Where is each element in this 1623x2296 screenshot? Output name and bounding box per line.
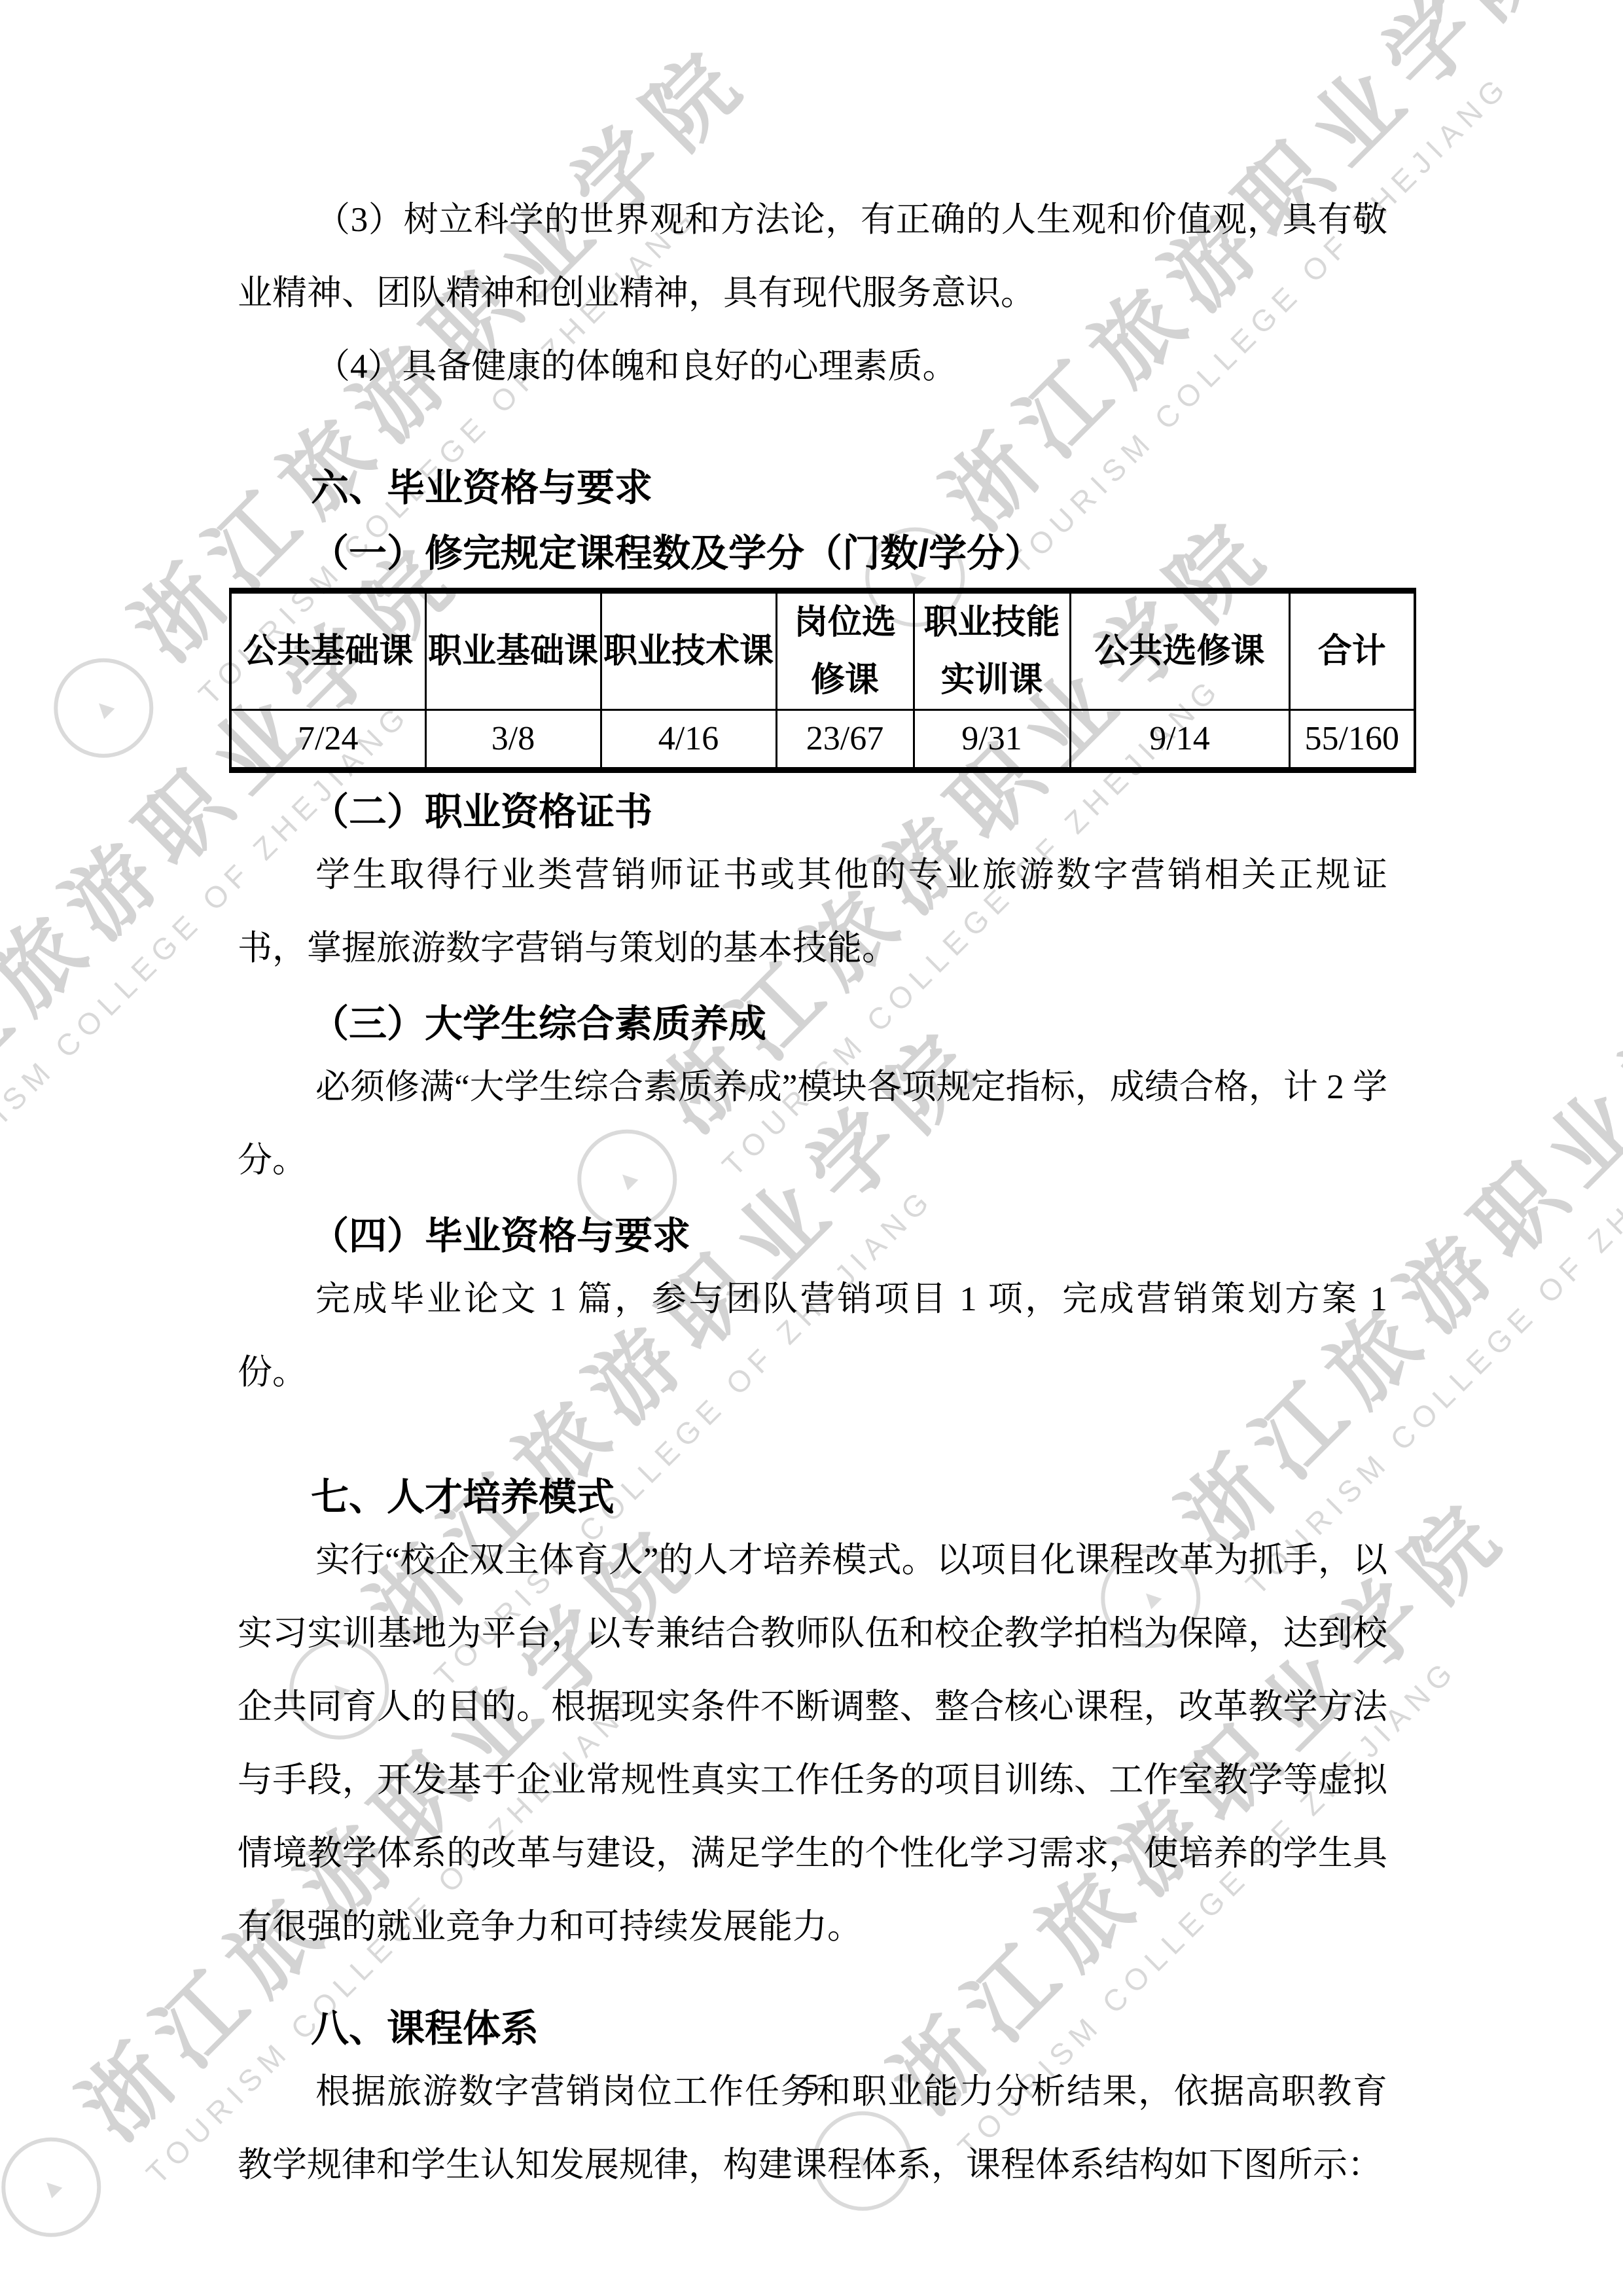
- section-7-title: 七、人才培养模式: [238, 1471, 1387, 1524]
- section-6-sub3-title: （三）大学生综合素质养成: [238, 998, 1387, 1050]
- table-header-row: 公共基础课 职业基础课 职业技术课 岗位选 修课 职业技能 实训课 公共选修课 …: [230, 591, 1415, 710]
- section-6-sub2-text: 学生取得行业类营销师证书或其他的专业旅游数字营销相关正规证书，掌握旅游数字营销与…: [238, 838, 1387, 985]
- section-6-sub4-text: 完成毕业论文 1 篇，参与团队营销项目 1 项，完成营销策划方案 1 份。: [238, 1263, 1387, 1409]
- table-value-cell: 23/67: [776, 710, 914, 770]
- college-seal-icon: ▲: [33, 637, 174, 778]
- section-6-sub2-title: （二）职业资格证书: [238, 786, 1387, 838]
- document-page: ▲ 浙江旅游职业学院 TOURISM COLLEGE OF ZHEJIANG ▲…: [0, 0, 1623, 2296]
- table-header-cell: 合计: [1289, 591, 1415, 710]
- college-seal-icon: ▲: [0, 2117, 122, 2257]
- table-header-cell: 职业技术课: [601, 591, 776, 710]
- table-value-cell: 9/14: [1070, 710, 1289, 770]
- table-value-row: 7/24 3/8 4/16 23/67 9/31 9/14 55/160: [230, 710, 1415, 770]
- page-number: 5: [0, 2067, 1623, 2102]
- section-6-title: 六、毕业资格与要求: [238, 462, 1387, 514]
- table-value-cell: 3/8: [425, 710, 601, 770]
- section-6-sub4-title: （四）毕业资格与要求: [238, 1210, 1387, 1263]
- paragraph-item-4: （4）具备健康的体魄和良好的心理素质。: [238, 330, 1387, 403]
- table-header-cell: 公共选修课: [1070, 591, 1289, 710]
- section-7-text: 实行“校企双主体育人”的人才培养模式。以项目化课程改革为抓手，以实习实训基地为平…: [238, 1524, 1387, 1964]
- table-header-cell: 公共基础课: [230, 591, 425, 710]
- table-value-cell: 4/16: [601, 710, 776, 770]
- table-value-cell: 55/160: [1289, 710, 1415, 770]
- table-header-cell: 职业技能 实训课: [914, 591, 1070, 710]
- document-content: （3）树立科学的世界观和方法论，有正确的人生观和价值观，具有敬业精神、团队精神和…: [238, 183, 1387, 2202]
- credits-table: 公共基础课 职业基础课 职业技术课 岗位选 修课 职业技能 实训课 公共选修课 …: [229, 588, 1416, 773]
- table-value-cell: 9/31: [914, 710, 1070, 770]
- table-header-cell: 职业基础课: [425, 591, 601, 710]
- section-6-sub1-title: （一）修完规定课程数及学分（门数/学分）: [238, 528, 1387, 580]
- section-8-title: 八、课程体系: [238, 2003, 1387, 2055]
- paragraph-item-3: （3）树立科学的世界观和方法论，有正确的人生观和价值观，具有敬业精神、团队精神和…: [238, 183, 1387, 330]
- table-value-cell: 7/24: [230, 710, 425, 770]
- section-6-sub3-text: 必须修满“大学生综合素质养成”模块各项规定指标，成绩合格，计 2 学分。: [238, 1050, 1387, 1197]
- table-header-cell: 岗位选 修课: [776, 591, 914, 710]
